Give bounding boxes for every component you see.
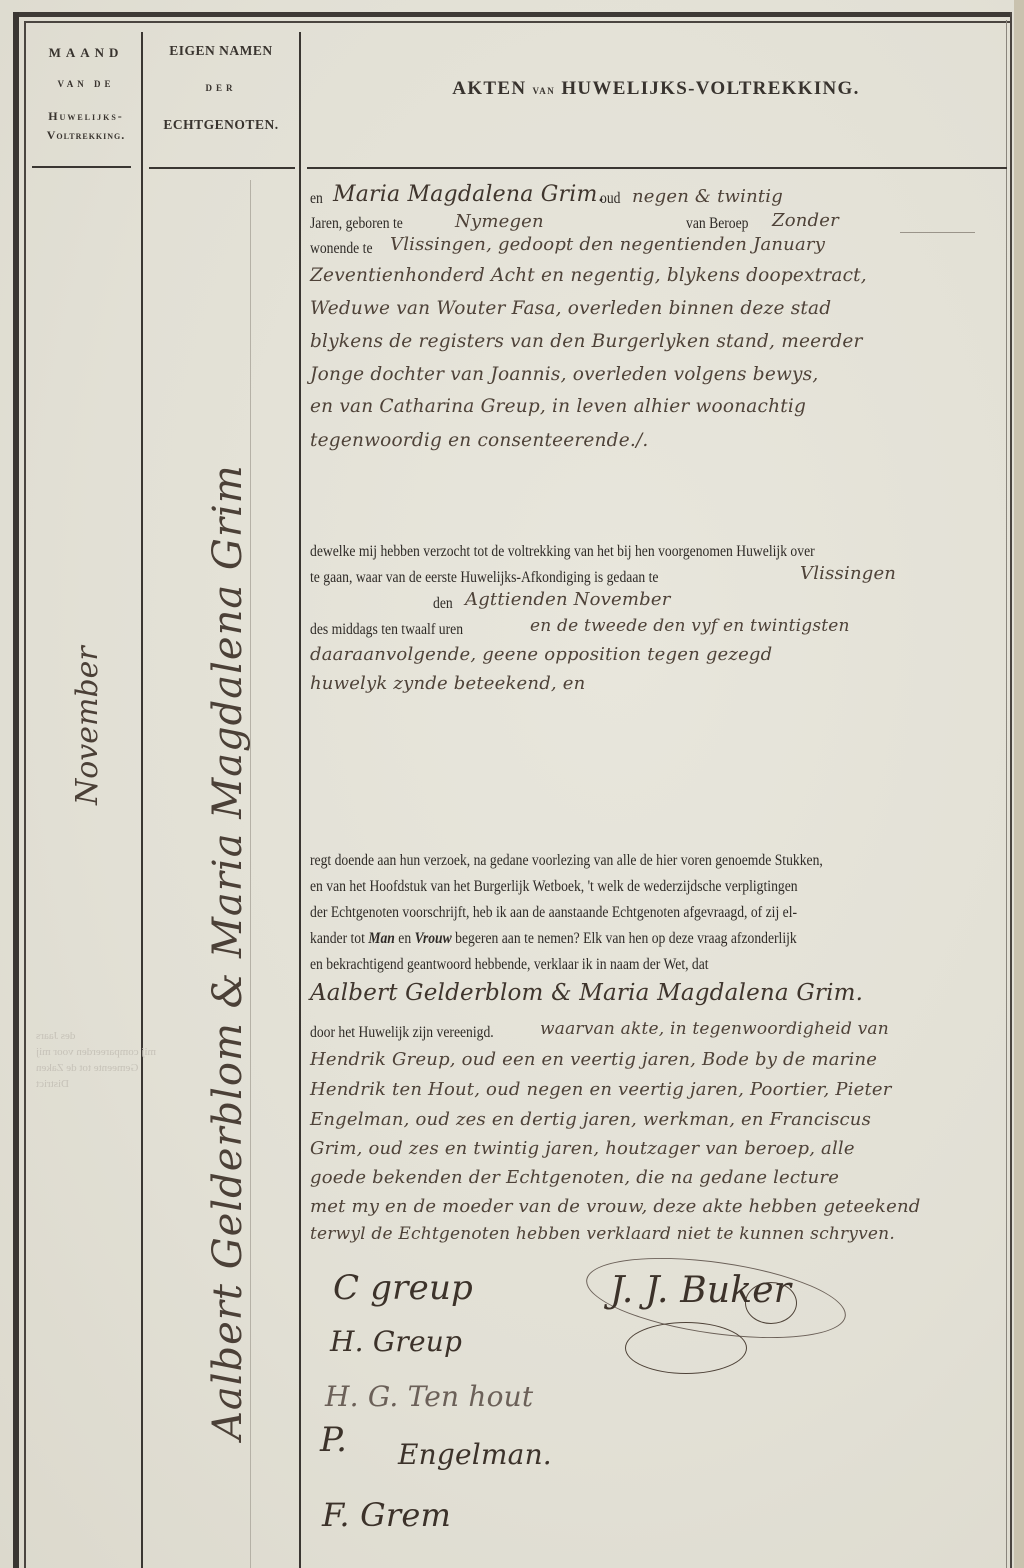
declaration-line: en bekrachtigend geantwoord hebbende, ve… [310, 956, 709, 974]
page-edge [1014, 0, 1024, 1568]
column-divider-2 [299, 32, 301, 1568]
header-eigen-namen: EIGEN NAMEN [143, 44, 299, 58]
margin-spouse-names: Aalbert Gelderblom & Maria Magdalena Gri… [205, 464, 251, 1440]
signature-flourish [625, 1322, 747, 1374]
label-beroep: van Beroep [686, 215, 748, 233]
bride-name: Maria Magdalena Grim. [333, 182, 605, 207]
residence-line: Weduwe van Wouter Fasa, overleden binnen… [310, 298, 831, 319]
witness-intro: waarvan akte, in tegenwoordigheid van [540, 1019, 889, 1039]
witness-line: Grim, oud zes en twintig jaren, houtzage… [310, 1138, 855, 1159]
residence-line: blykens de registers van den Burgerlyken… [310, 331, 863, 352]
witness-line: Engelman, oud zes en dertig jaren, werkm… [310, 1109, 871, 1130]
text-en: en [398, 930, 411, 947]
signature-witness: H. Greup [330, 1325, 462, 1358]
residence-line: tegenwoordig en consenteerende./. [310, 430, 648, 451]
title-van: van [532, 82, 555, 97]
text-kander-tot: kander tot [310, 930, 365, 947]
header-echtgenoten: ECHTGENOTEN. [143, 118, 299, 132]
witness-line: terwyl de Echtgenoten hebben verklaard n… [310, 1224, 895, 1244]
frame-border-right [1010, 12, 1012, 1568]
signature-witness: C greup [333, 1268, 473, 1308]
birthplace: Nymegen [455, 211, 544, 232]
label-middag: des middags ten twaalf uren [310, 621, 463, 639]
spouse-names: Aalbert Gelderblom & Maria Magdalena Gri… [310, 980, 863, 1006]
bleed-line: District [36, 1078, 69, 1090]
signature-witness: H. G. Ten hout [325, 1380, 533, 1413]
witness-line: goede bekenden der Echtgenoten, die na g… [310, 1167, 839, 1188]
header-van-de: VAN DE [30, 80, 142, 89]
bleed-line: mij compareerden voor mij [36, 1046, 156, 1058]
header-huwelijks: Huwelijks- [30, 110, 142, 122]
text-vereenigd: door het Huwelijk zijn vereenigd. [310, 1024, 494, 1042]
text-vrouw: Vrouw [415, 930, 452, 947]
bride-age: negen & twintig [632, 186, 783, 207]
column-divider-1 [141, 32, 143, 1568]
page-title: AKTEN van HUWELIJKS-VOLTREKKING. [300, 78, 1012, 100]
label-jaren-geboren: Jaren, geboren te [310, 215, 403, 233]
margin-month: November [70, 646, 105, 805]
announcement-note: huwelyk zynde beteekend, en [310, 673, 585, 694]
residence-line: Jonge dochter van Joannis, overleden vol… [310, 364, 818, 385]
announcement-note: daaraanvolgende, geene opposition tegen … [310, 644, 772, 665]
frame-border-left [13, 12, 19, 1568]
label-oud: oud [600, 190, 620, 208]
declaration-line: der Echtgenoten voorschrijft, heb ik aan… [310, 904, 797, 922]
bleed-line: des Jaars [36, 1030, 75, 1042]
header-rule-col1 [32, 166, 131, 168]
residence-line: en van Catharina Greup, in leven alhier … [310, 396, 806, 417]
signature-witness: Engelman. [398, 1438, 552, 1471]
announcement-note: en de tweede den vyf en twintigsten [530, 616, 850, 636]
declaration-line: en van het Hoofdstuk van het Burgerlijk … [310, 878, 798, 896]
header-rule-main [307, 167, 1007, 169]
signature-witness-initial: P. [320, 1420, 347, 1460]
declaration-line: regt doende aan hun verzoek, na gedane v… [310, 852, 823, 870]
announcement-date: Agttienden November [465, 589, 671, 610]
witness-line: Hendrik ten Hout, oud negen en veertig j… [310, 1079, 892, 1100]
signature-witness: F. Grem [322, 1496, 451, 1534]
profession: Zonder [772, 210, 839, 231]
witness-line: Hendrik Greup, oud een en veertig jaren,… [310, 1049, 877, 1070]
signature-official: J. J. Buker [610, 1270, 791, 1311]
text-begeren: begeren aan te nemen? Elk van hen op dez… [455, 930, 797, 947]
declaration-line-4: kander tot Man en Vrouw begeren aan te n… [310, 930, 797, 948]
blank-line [900, 232, 975, 233]
header-der: DER [143, 84, 299, 93]
frame-border-left-inner [24, 21, 26, 1568]
label-den: den [433, 595, 453, 613]
label-wonende: wonende te [310, 240, 372, 258]
text-man: Man [368, 930, 395, 947]
header-maand: MAAND [30, 46, 142, 59]
witness-line: met my en de moeder van de vrouw, deze a… [310, 1196, 921, 1217]
title-huwelijks-voltrekking: HUWELIJKS-VOLTREKKING. [561, 78, 859, 99]
label-en: en [310, 190, 323, 208]
bleed-line: Gemeente tot de Zaken [36, 1062, 138, 1074]
frame-border-top-inner [24, 21, 1012, 23]
request-line-1: dewelke mij hebben verzocht tot de voltr… [310, 543, 815, 561]
announcement-place: Vlissingen [800, 563, 896, 584]
header-voltrekking: Voltrekking. [30, 129, 142, 141]
residence-line: Zeventienhonderd Acht en negentig, blyke… [310, 265, 867, 286]
frame-border-right-inner [1006, 20, 1007, 1568]
residence-line: Vlissingen, gedoopt den negentienden Jan… [390, 234, 825, 255]
title-akten: AKTEN [452, 78, 526, 99]
frame-border-top [14, 12, 1012, 17]
request-line-2: te gaan, waar van de eerste Huwelijks-Af… [310, 569, 658, 587]
header-rule-col2 [149, 167, 295, 169]
